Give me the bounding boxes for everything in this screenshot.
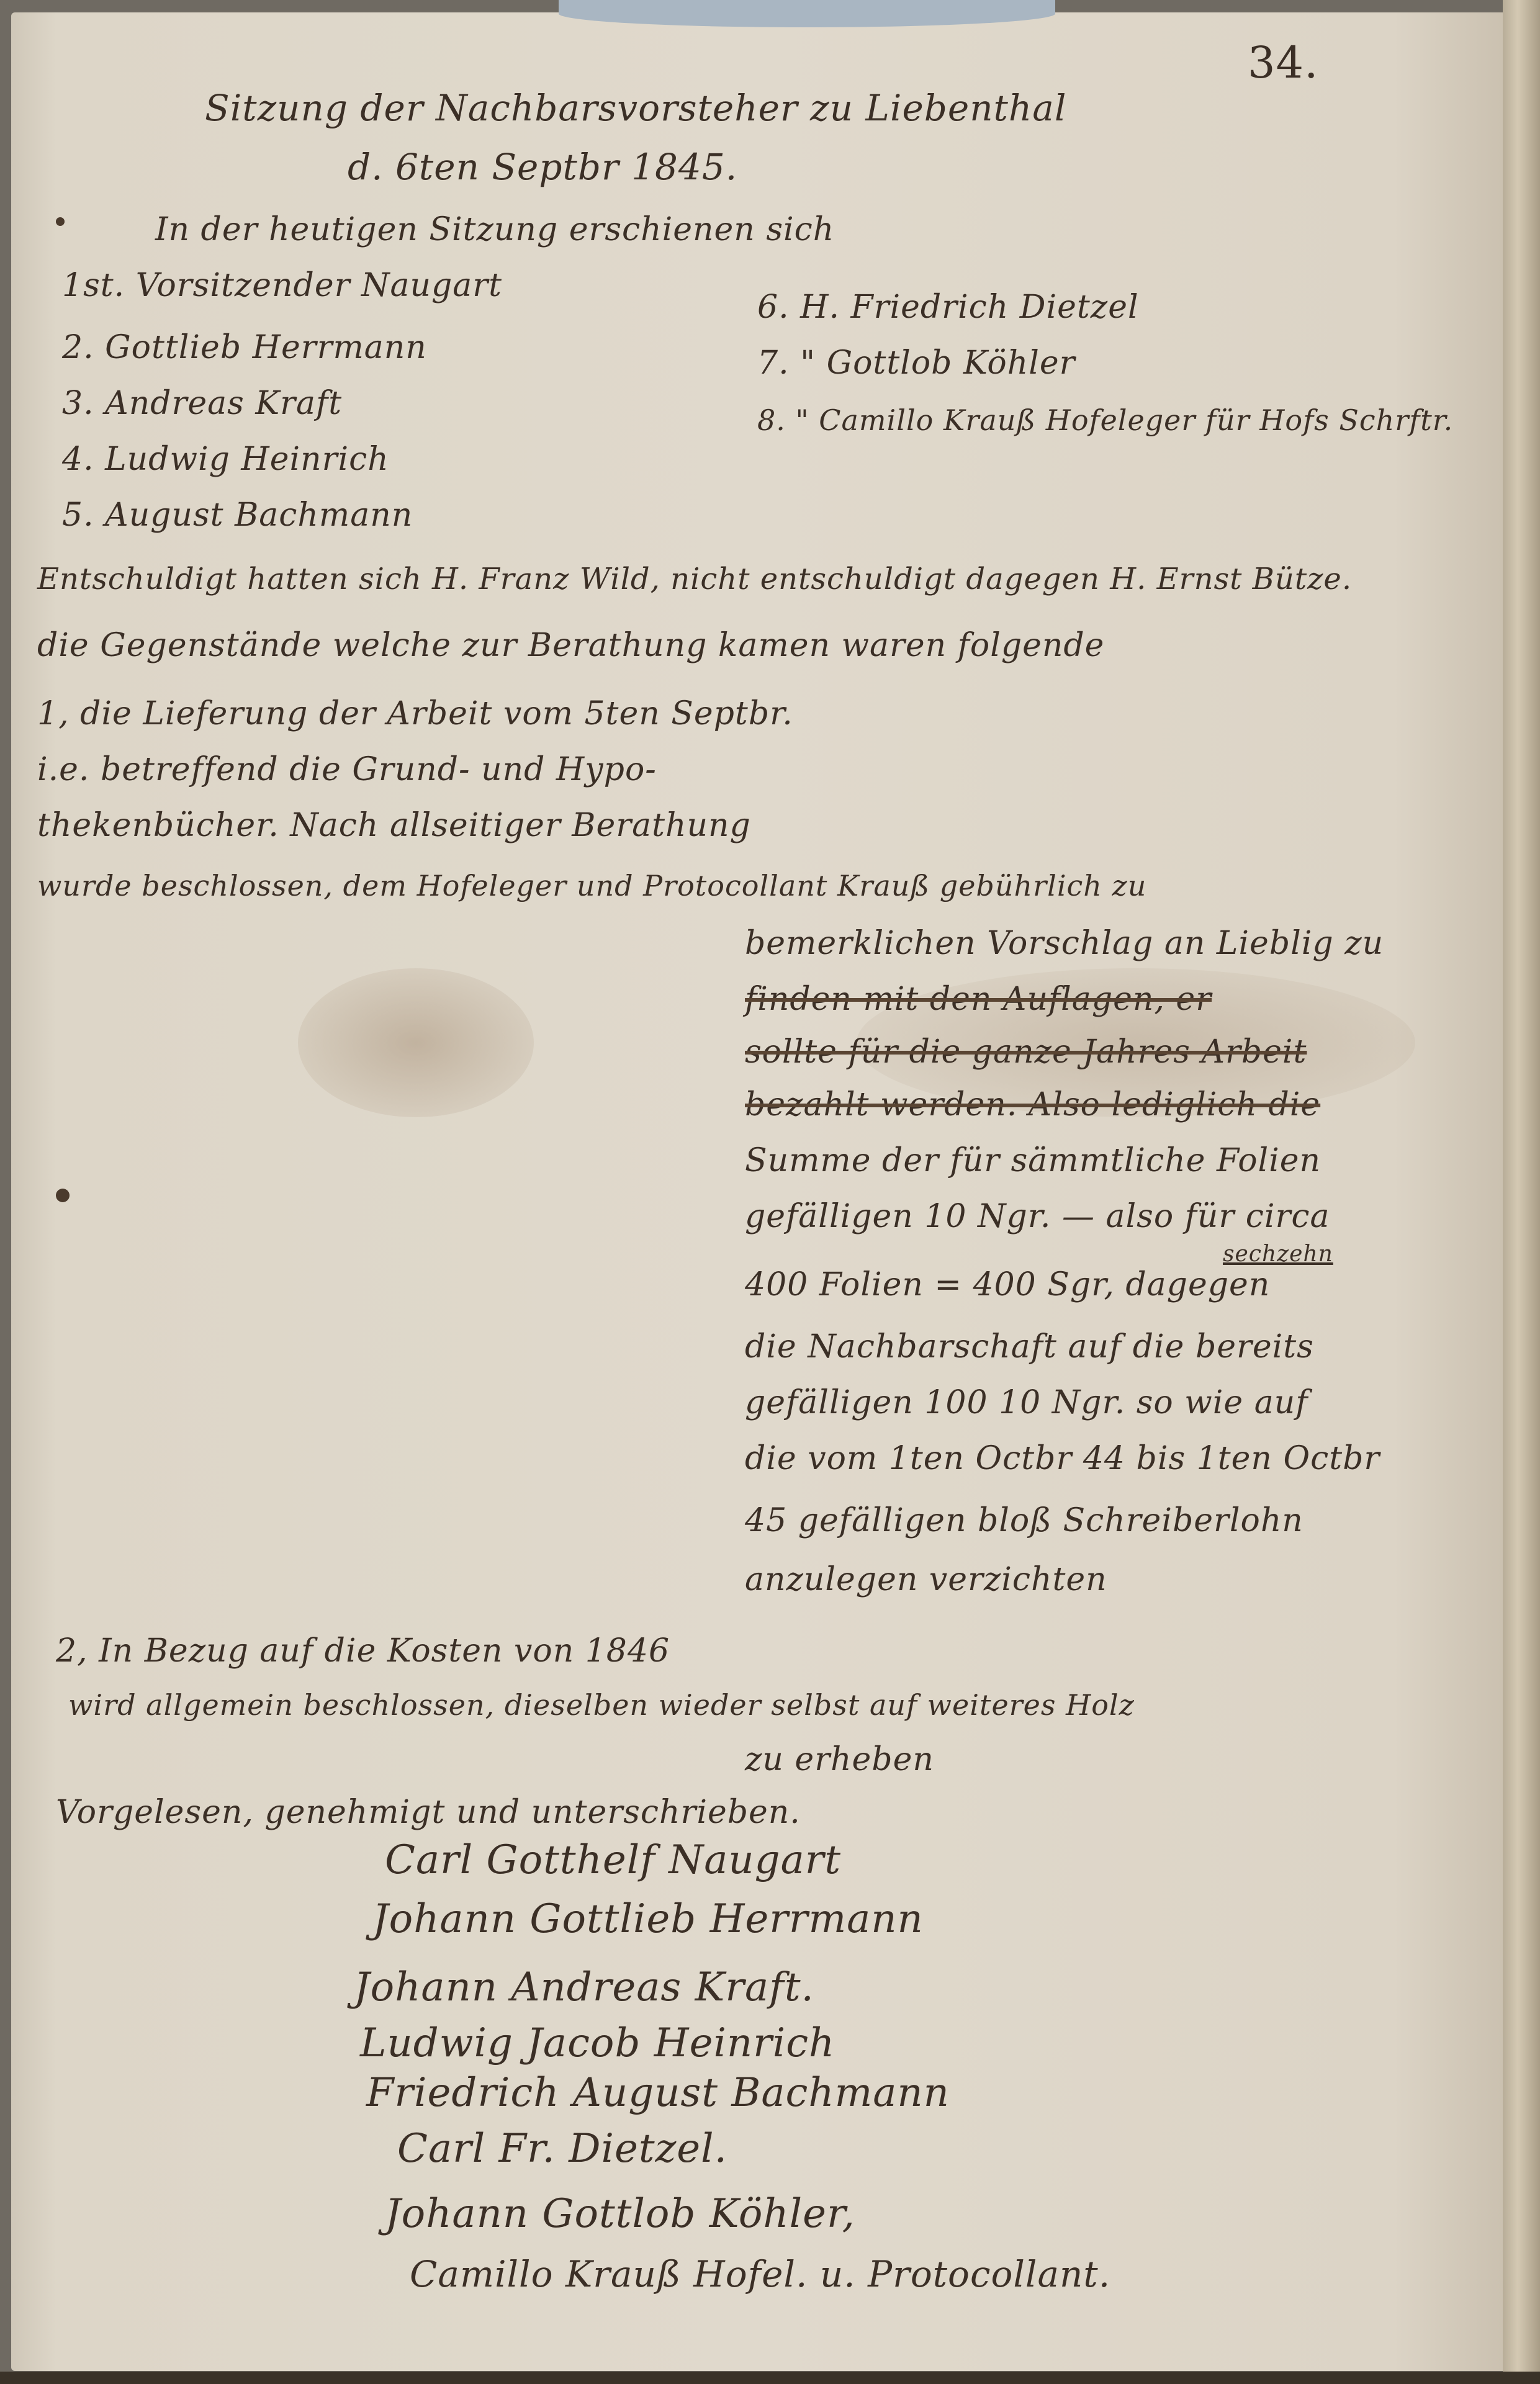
signature: Carl Gotthelf Naugart	[385, 1837, 841, 1883]
body-right-line: anzulegen verzichten	[745, 1561, 1107, 1598]
body-line: 1, die Lieferung der Arbeit vom 5ten Sep…	[37, 695, 793, 732]
attendee: 5. August Bachmann	[62, 497, 413, 534]
intro-line: In der heutigen Sitzung erschienen sich	[155, 211, 834, 248]
body-right-line: die Nachbarschaft auf die bereits	[745, 1328, 1314, 1365]
body-right-line: gefälligen 10 Ngr. — also für circa	[745, 1198, 1330, 1235]
binding-mark	[56, 217, 65, 226]
document-date: d. 6ten Septbr 1845.	[348, 146, 737, 188]
struck-line: sollte für die ganze Jahres Arbeit	[745, 1033, 1307, 1071]
body-right-line: 45 gefälligen bloß Schreiberlohn	[745, 1502, 1304, 1539]
signature: Johann Gottlieb Herrmann	[372, 1896, 924, 1942]
attendee: 8. " Camillo Krauß Hofeleger für Hofs Sc…	[757, 403, 1453, 437]
document-title: Sitzung der Nachbarsvorsteher zu Liebent…	[205, 87, 1066, 129]
attendee: 7. " Gottlob Köhler	[757, 344, 1076, 382]
torn-top-edge	[559, 0, 1055, 27]
attendee: 1st. Vorsitzender Naugart	[62, 267, 502, 304]
item-line: 2, In Bezug auf die Kosten von 1846	[56, 1632, 670, 1670]
water-stain	[298, 968, 534, 1117]
signature: Johann Gottlob Köhler,	[385, 2191, 855, 2237]
page-bottom-shadow	[0, 2372, 1540, 2384]
item-line: zu erheben	[745, 1741, 934, 1778]
signature: Ludwig Jacob Heinrich	[360, 2020, 835, 2066]
body-right-line: die vom 1ten Octbr 44 bis 1ten Octbr	[745, 1440, 1380, 1477]
signature: Camillo Krauß Hofel. u. Protocollant.	[410, 2253, 1110, 2295]
body-line: wurde beschlossen, dem Hofeleger und Pro…	[37, 869, 1146, 902]
body-line: Entschuldigt hatten sich H. Franz Wild, …	[37, 562, 1352, 596]
signature: Friedrich August Bachmann	[366, 2070, 950, 2116]
body-line: i.e. betreffend die Grund- und Hypo-	[37, 751, 657, 788]
closing-line: Vorgelesen, genehmigt und unterschrieben…	[56, 1794, 801, 1831]
body-right-line: Summe der für sämmtliche Folien	[745, 1142, 1321, 1179]
struck-line: bezahlt werden. Also lediglich die	[745, 1086, 1320, 1123]
body-line: die Gegenstände welche zur Berathung kam…	[37, 627, 1104, 664]
body-right-line: gefälligen 100 10 Ngr. so wie auf	[745, 1384, 1308, 1421]
body-right-line: 400 Folien = 400 Sgr, dagegen	[745, 1266, 1270, 1303]
signature: Johann Andreas Kraft.	[354, 1964, 814, 2010]
struck-line: finden mit den Auflagen, er	[745, 981, 1212, 1018]
body-line: thekenbücher. Nach allseitiger Berathung	[37, 807, 751, 844]
body-right-line: bemerklichen Vorschlag an Lieblig zu	[745, 925, 1384, 962]
page-number: 34.	[1248, 37, 1318, 88]
insert-word: sechzehn	[1223, 1241, 1333, 1267]
attendee: 6. H. Friedrich Dietzel	[757, 289, 1139, 326]
attendee: 2. Gottlieb Herrmann	[62, 329, 427, 366]
item-line: wird allgemein beschlossen, dieselben wi…	[68, 1688, 1135, 1722]
binding-hole	[56, 1189, 70, 1202]
signature: Carl Fr. Dietzel.	[397, 2126, 727, 2172]
page-edge	[1503, 0, 1540, 2384]
attendee: 3. Andreas Kraft	[62, 385, 342, 422]
attendee: 4. Ludwig Heinrich	[62, 441, 389, 478]
